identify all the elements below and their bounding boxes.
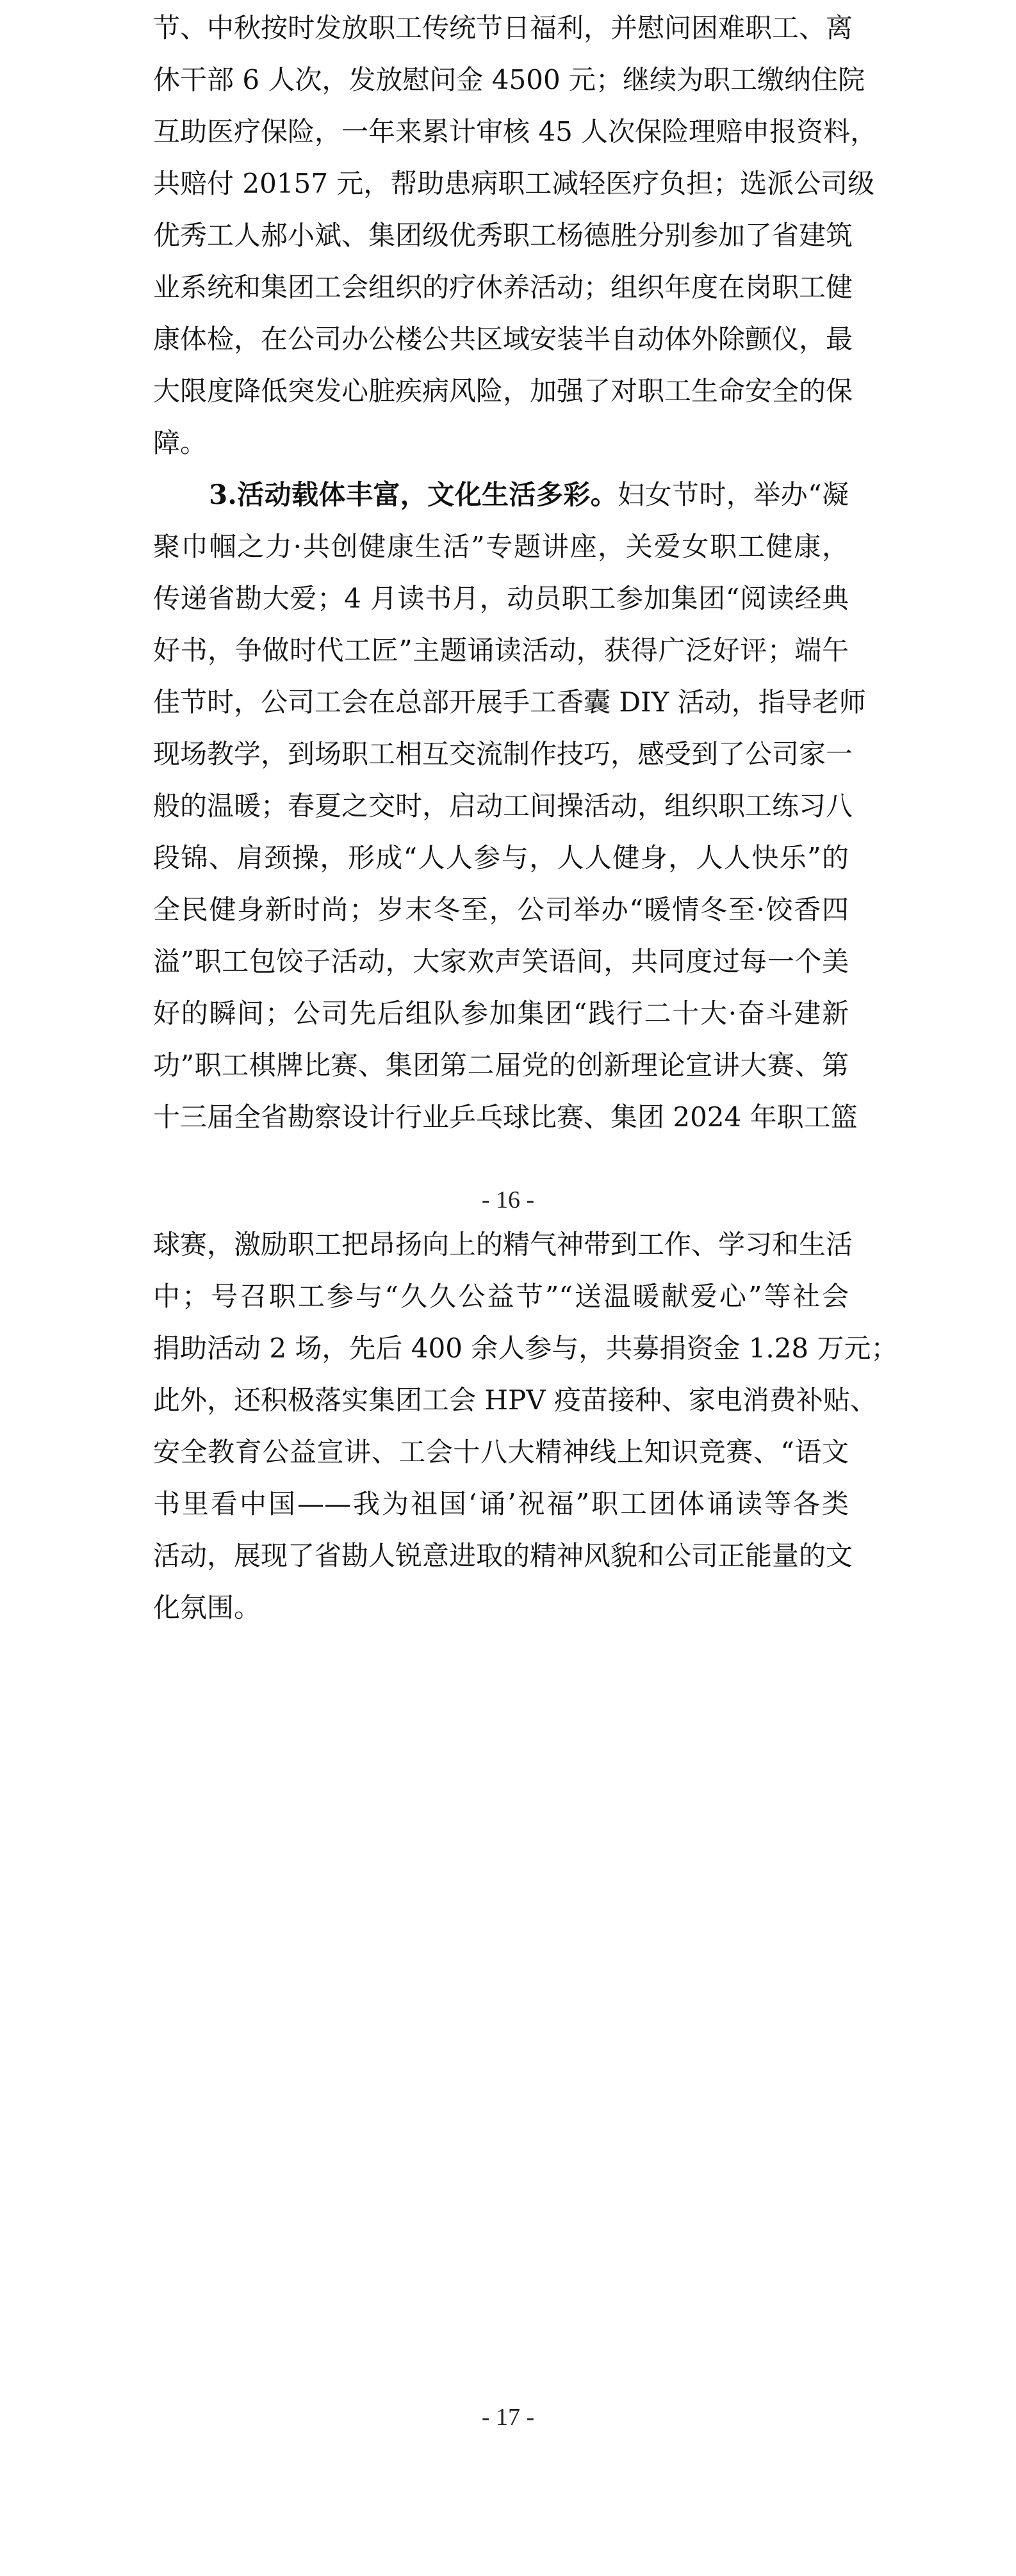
paragraph-line: 十三届全省勘察设计行业乒乓球比赛、集团 2024 年职工篮 xyxy=(153,1091,849,1143)
paragraph-line: 大限度降低突发心脏疾病风险，加强了对职工生命安全的保 xyxy=(153,365,849,417)
paragraph-line: 节、中秋按时发放职工传统节日福利，并慰问困难职工、离 xyxy=(153,2,849,54)
paragraph-line: 般的温暖；春夏之交时，启动工间操活动，组织职工练习八 xyxy=(153,780,849,832)
paragraph-line: 聚巾帼之力·共创健康生活”专题讲座，关爱女职工健康， xyxy=(153,521,849,572)
paragraph-line: 全民健身新时尚；岁末冬至，公司举办“暖情冬至·饺香四 xyxy=(153,884,849,936)
paragraph-line: 障。 xyxy=(153,417,849,469)
paragraph-line: 球赛，激励职工把昂扬向上的精气神带到工作、学习和生活 xyxy=(153,1219,849,1270)
section-3-first-line: 3.活动载体丰富，文化生活多彩。妇女节时，举办“凝 xyxy=(209,469,849,521)
paragraph-line: 安全教育公益宣讲、工会十八大精神线上知识竞赛、“语文 xyxy=(153,1426,849,1478)
page-number: - 17 - xyxy=(0,2403,1016,2431)
paragraph-line: 传递省勘大爱；4 月读书月，动员职工参加集团“阅读经典 xyxy=(153,572,849,624)
paragraph-line: 共赔付 20157 元，帮助患病职工减轻医疗负担；选派公司级 xyxy=(153,158,849,209)
paragraph-line: 优秀工人郝小斌、集团级优秀职工杨德胜分别参加了省建筑 xyxy=(153,209,849,261)
paragraph-line: 化氛围。 xyxy=(153,1582,849,1633)
paragraph-line: 休干部 6 人次，发放慰问金 4500 元；继续为职工缴纳住院 xyxy=(153,54,849,106)
paragraph-line: 互助医疗保险，一年来累计审核 45 人次保险理赔申报资料， xyxy=(153,106,849,158)
paragraph-line: 业系统和集团工会组织的疗休养活动；组织年度在岗职工健 xyxy=(153,261,849,313)
paragraph-line: 中；号召职工参与“久久公益节”“送温暖献爱心”等社会 xyxy=(153,1270,849,1322)
paragraph-line: 好书，争做时代工匠”主题诵读活动，获得广泛好评；端午 xyxy=(153,624,849,676)
paragraph-line: 好的瞬间；公司先后组队参加集团“践行二十大·奋斗建新 xyxy=(153,987,849,1039)
paragraph-line: 溢”职工包饺子活动，大家欢声笑语间，共同度过每一个美 xyxy=(153,936,849,987)
paragraph-line: 此外，还积极落实集团工会 HPV 疫苗接种、家电消费补贴、 xyxy=(153,1374,849,1426)
paragraph-line: 捐助活动 2 场，先后 400 余人参与，共募捐资金 1.28 万元； xyxy=(153,1322,849,1374)
section-3-heading: 3.活动载体丰富，文化生活多彩。 xyxy=(209,479,618,510)
paragraph-line: 段锦、肩颈操，形成“人人参与，人人健身，人人快乐”的 xyxy=(153,832,849,884)
section-3-first-line-text: 妇女节时，举办“凝 xyxy=(618,479,849,510)
paragraph-line: 功”职工棋牌比赛、集团第二届党的创新理论宣讲大赛、第 xyxy=(153,1039,849,1091)
paragraph-line: 现场教学，到场职工相互交流制作技巧，感受到了公司家一 xyxy=(153,728,849,780)
paragraph-line: 活动，展现了省勘人锐意进取的精神风貌和公司正能量的文 xyxy=(153,1530,849,1582)
paragraph-line: 康体检，在公司办公楼公共区域安装半自动体外除颤仪，最 xyxy=(153,313,849,365)
paragraph-line: 佳节时，公司工会在总部开展手工香囊 DIY 活动，指导老师 xyxy=(153,676,849,728)
paragraph-line: 书里看中国——我为祖国‘诵’祝福”职工团体诵读等各类 xyxy=(153,1478,849,1530)
page-number: - 16 - xyxy=(0,1186,1016,1214)
